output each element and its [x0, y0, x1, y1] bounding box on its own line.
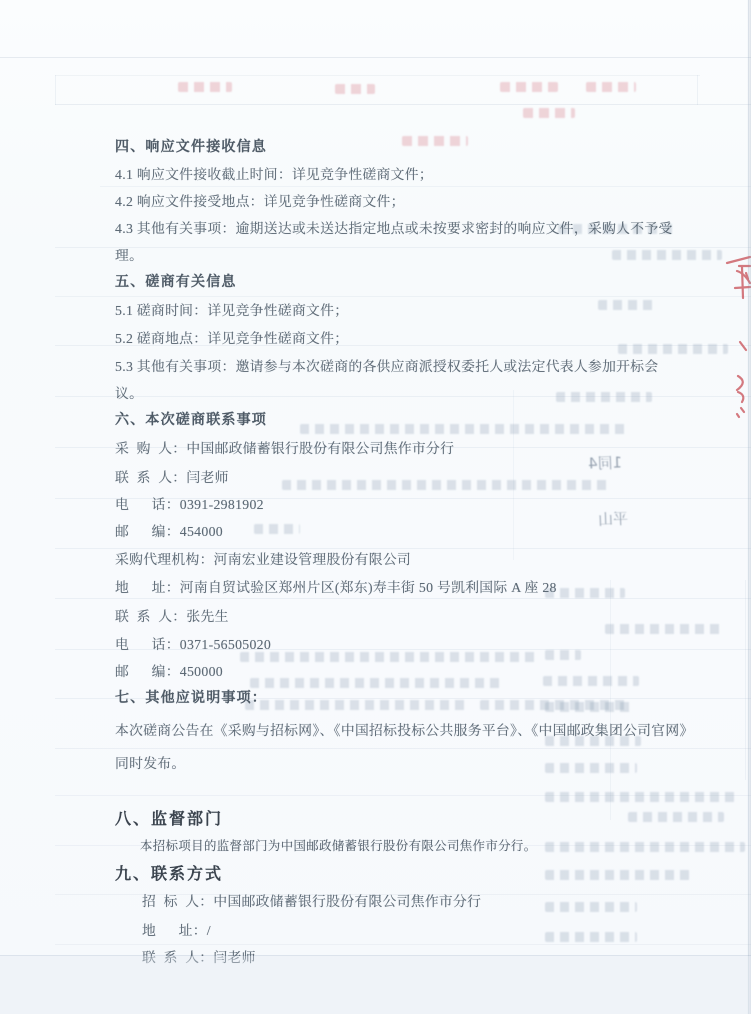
- doc-line-clause-4-2: 4.2 响应文件接受地点：详见竞争性磋商文件；: [115, 190, 405, 210]
- doc-line-zip-1: 邮 编：454000: [115, 520, 223, 540]
- doc-line-zip-2: 邮 编：450000: [115, 660, 223, 680]
- bleedthrough-rule-line: [513, 390, 514, 560]
- bleedthrough-text-smudge: [500, 82, 558, 92]
- bleedthrough-text-smudge: [250, 678, 500, 688]
- doc-line-clause-5-1: 5.1 磋商时间：详见竞争性磋商文件；: [115, 299, 348, 319]
- bleedthrough-rule-line: [55, 396, 751, 397]
- doc-line-clause-5-3: 5.3 其他有关事项：邀请参与本次磋商的各供应商派授权委托人或法定代表人参加开标…: [115, 355, 658, 375]
- doc-line-phone-1: 电 话：0391-2981902: [115, 493, 264, 513]
- doc-line-heading-section-7: 七、其他应说明事项：: [115, 687, 267, 707]
- bleedthrough-rule-line: [55, 75, 56, 105]
- bleedthrough-text-smudge: [523, 108, 575, 118]
- bleedthrough-text-smudge: [586, 82, 636, 92]
- bleedthrough-text-smudge: [178, 82, 232, 92]
- bleedthrough-text-smudge: [282, 480, 612, 490]
- bleedthrough-text-smudge: [545, 902, 637, 912]
- bleedthrough-text-smudge: [545, 702, 635, 712]
- bleedthrough-rule-line: [55, 795, 751, 796]
- doc-line-heading-section-6: 六、本次磋商联系事项: [115, 409, 267, 429]
- doc-line-announcement-line-1: 本次磋商公告在《采购与招标网》、《中国招标投标公共服务平台》、《中国邮政集团公司…: [115, 719, 694, 739]
- doc-line-tenderer-address: 地 址：/: [142, 919, 211, 939]
- bleedthrough-handwriting-mark: 1同4: [588, 451, 623, 473]
- bleedthrough-rule-line: [55, 75, 700, 76]
- bleedthrough-text-smudge: [556, 392, 652, 402]
- scanned-document-page: 1同4 平山 四、响应文件接收信息4.1 响应文件接收截止时间：详见竞争性磋商文…: [0, 0, 751, 1014]
- bleedthrough-rule-line: [745, 580, 746, 780]
- bleedthrough-rule-line: [697, 75, 698, 105]
- bleedthrough-text-smudge: [612, 250, 722, 260]
- bleedthrough-rule-line: [0, 57, 751, 58]
- bleedthrough-rule-line: [55, 748, 751, 749]
- bleedthrough-text-smudge: [628, 812, 724, 822]
- doc-line-agency: 采购代理机构：河南宏业建设管理股份有限公司: [115, 548, 411, 568]
- doc-line-agency-address: 地 址：河南自贸试验区郑州片区(郑东)寿丰街 50 号凯利国际 A 座 28: [115, 576, 557, 596]
- doc-line-tenderer: 招 标 人：中国邮政储蓄银行股份有限公司焦作市分行: [142, 890, 481, 910]
- doc-line-phone-2: 电 话：0371-56505020: [115, 633, 271, 653]
- doc-line-announcement-line-2: 同时发布。: [115, 752, 185, 772]
- bleedthrough-rule-line: [55, 944, 751, 945]
- bleedthrough-rule-line: [100, 186, 751, 187]
- bleedthrough-text-smudge: [545, 588, 625, 598]
- bleedthrough-text-smudge: [605, 624, 725, 634]
- bleedthrough-text-smudge: [402, 136, 468, 146]
- doc-line-clause-4-3-cont: 理。: [115, 244, 143, 264]
- bleedthrough-text-smudge: [335, 84, 375, 94]
- doc-line-heading-section-5: 五、磋商有关信息: [115, 271, 237, 291]
- bleedthrough-handwriting-mark: 平山: [598, 507, 629, 529]
- doc-line-clause-4-3: 4.3 其他有关事项：逾期送达或未送达指定地点或未按要求密封的响应文件，采购人不…: [115, 217, 673, 237]
- doc-line-clause-5-2: 5.2 磋商地点：详见竞争性磋商文件；: [115, 327, 348, 347]
- paper-right-edge-shadow: [747, 0, 751, 1014]
- doc-line-heading-section-8: 八、监督部门: [115, 806, 223, 829]
- bleedthrough-rule-line: [55, 296, 751, 297]
- bleedthrough-rule-line: [55, 598, 751, 599]
- bleedthrough-text-smudge: [618, 344, 728, 354]
- bleedthrough-text-smudge: [245, 700, 465, 710]
- bleedthrough-text-smudge: [545, 650, 581, 660]
- doc-line-contact-person-1: 联 系 人：闫老师: [115, 466, 229, 486]
- doc-line-clause-5-3-cont: 议。: [115, 382, 143, 402]
- bleedthrough-rule-line: [55, 247, 751, 248]
- doc-line-heading-section-9: 九、联系方式: [115, 861, 223, 884]
- bleedthrough-text-smudge: [543, 676, 639, 686]
- doc-line-supervision-body: 本招标项目的监督部门为中国邮政储蓄银行股份有限公司焦作市分行。: [140, 836, 537, 854]
- bleedthrough-text-smudge: [300, 424, 630, 434]
- doc-line-contact-person-2: 联 系 人：张先生: [115, 605, 229, 625]
- bleedthrough-text-smudge: [480, 700, 630, 710]
- bleedthrough-text-smudge: [545, 932, 637, 942]
- doc-line-purchaser: 采 购 人：中国邮政储蓄银行股份有限公司焦作市分行: [115, 437, 454, 457]
- bleedthrough-text-smudge: [545, 792, 735, 802]
- paper-bottom-edge-tint: [0, 956, 751, 1014]
- bleedthrough-rule-line: [55, 104, 751, 105]
- doc-line-heading-section-4: 四、响应文件接收信息: [115, 136, 267, 156]
- bleedthrough-text-smudge: [254, 524, 300, 534]
- bleedthrough-text-smudge: [545, 870, 690, 880]
- bleedthrough-rule-line: [610, 580, 611, 820]
- bleedthrough-text-smudge: [545, 763, 637, 773]
- bleedthrough-text-smudge: [545, 842, 745, 852]
- doc-line-clause-4-1: 4.1 响应文件接收截止时间：详见竞争性磋商文件；: [115, 163, 433, 183]
- bleedthrough-text-smudge: [240, 652, 540, 662]
- bleedthrough-text-smudge: [598, 300, 658, 310]
